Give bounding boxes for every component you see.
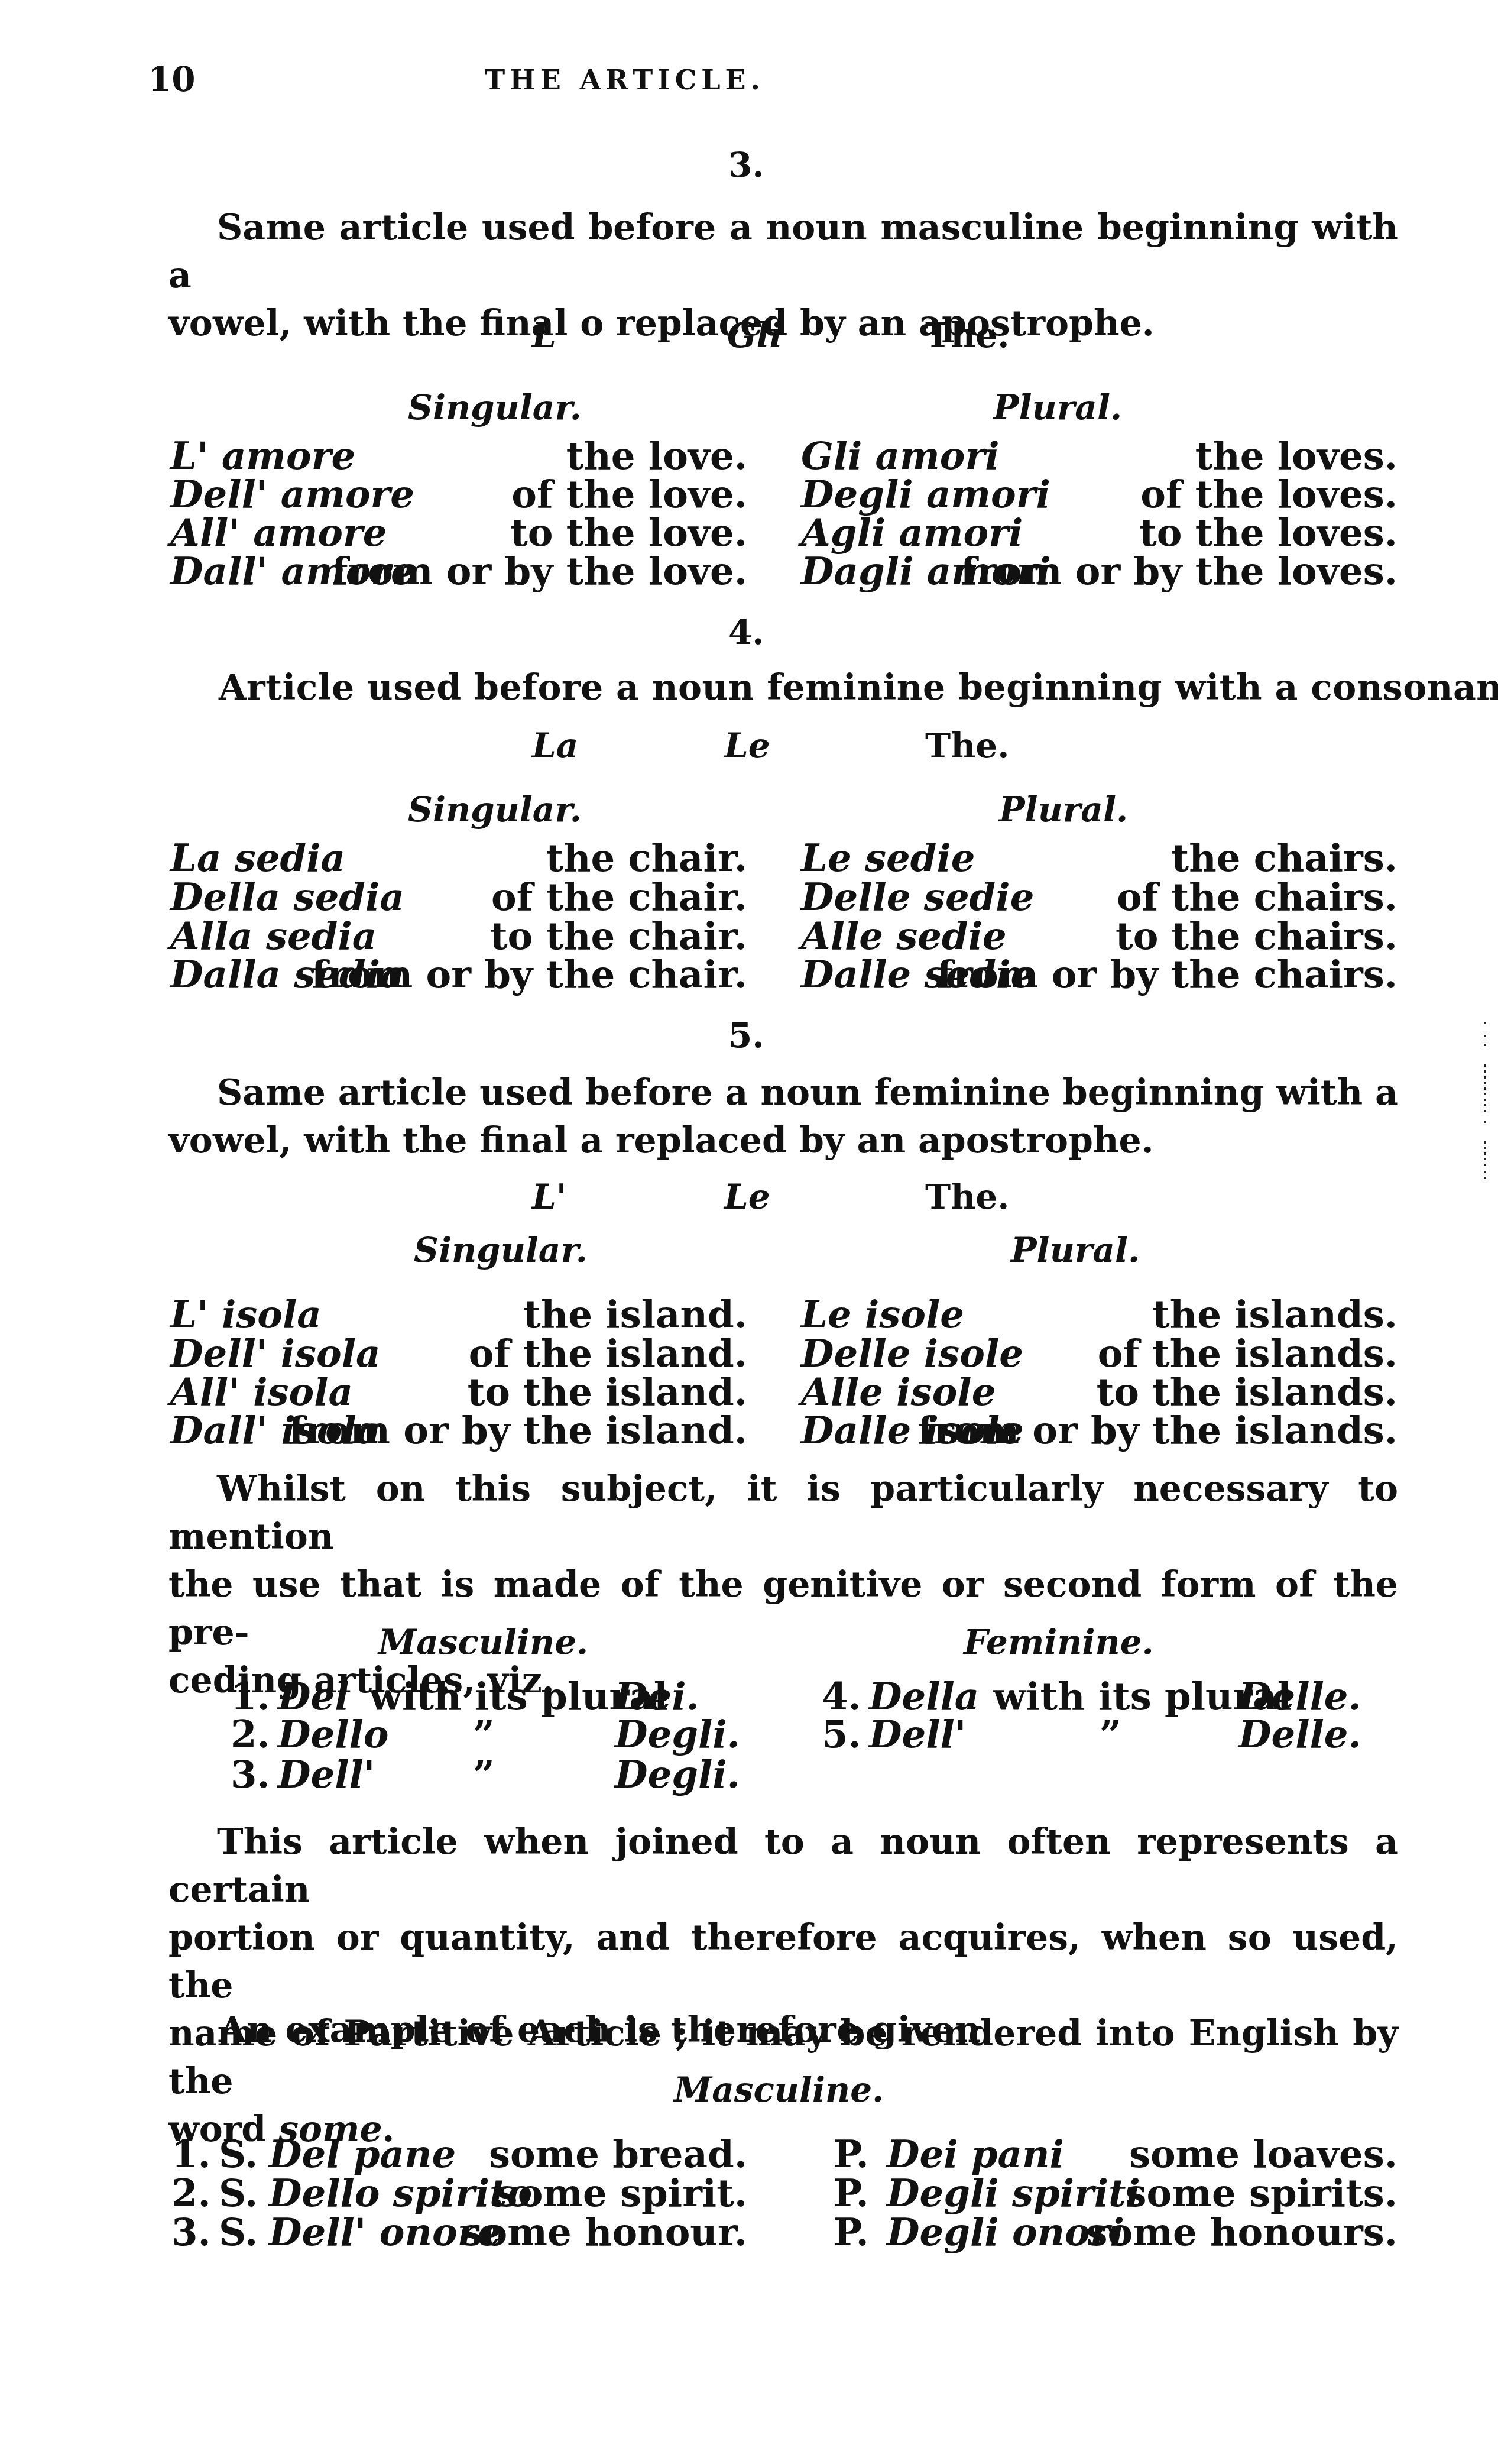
genitive-paragraph: Whilst on this subject, it is particular… — [168, 1465, 1398, 1705]
masculine-header: Masculine. — [378, 1625, 588, 1659]
feminine-header: Feminine. — [964, 1625, 1154, 1659]
paragraph-line: portion or quantity, and therefore acqui… — [168, 1914, 1398, 2010]
column-header-plural: Plural. — [1011, 1233, 1140, 1267]
article-singular: L' — [532, 318, 567, 352]
section-number-3: 3. — [728, 148, 764, 182]
table-row: Dall' isola from or by the island. Dalle… — [0, 1412, 1498, 1453]
article-english: The. — [925, 728, 1009, 763]
column-header-plural: Plural. — [999, 792, 1128, 827]
section-3-description: Same article used before a noun masculin… — [168, 204, 1398, 348]
example-intro: An example of each is therefore given. — [219, 2012, 994, 2048]
running-title: THE ARTICLE. — [485, 66, 765, 93]
column-header-singular: Singular. — [414, 1233, 588, 1267]
paragraph-line: vowel, with the final o replaced by an a… — [168, 300, 1398, 348]
table-row: Dalla sedia from or by the chair. Dalle … — [0, 956, 1498, 998]
table-row: Dall' amore from or by the love. Dagli a… — [0, 553, 1498, 594]
column-header-singular: Singular. — [408, 792, 582, 827]
table-row: 3. S. Dell' onore some honour. P. Degli … — [0, 2214, 1498, 2255]
section-5-description: Same article used before a noun feminine… — [168, 1069, 1398, 1165]
article-plural: Gli — [727, 318, 783, 352]
margin-scan-marks — [1484, 1017, 1486, 1194]
paragraph-line: vowel, with the final a replaced by an a… — [168, 1117, 1398, 1165]
section-4-description: Article used before a noun feminine begi… — [219, 670, 1498, 705]
article-english: The. — [925, 318, 1009, 352]
page-number: 10 — [148, 62, 196, 96]
column-header-singular: Singular. — [408, 390, 582, 425]
paragraph-line: This article when joined to a noun often… — [168, 1818, 1398, 1914]
list-item: 2. Dello ” Degli. 5. Dell' ” Delle. — [0, 1716, 1498, 1757]
paragraph-line: Whilst on this subject, it is particular… — [168, 1465, 1398, 1561]
section-number-5: 5. — [728, 1018, 764, 1053]
paragraph-line: the use that is made of the genitive or … — [168, 1561, 1398, 1657]
paragraph-line: Same article used before a noun feminine… — [168, 1069, 1398, 1117]
list-item: 3. Dell' ” Degli. — [0, 1756, 1498, 1798]
column-header-plural: Plural. — [993, 390, 1122, 425]
article-plural: Le — [724, 728, 770, 763]
article-singular: L' — [532, 1180, 567, 1214]
section-number-4: 4. — [728, 615, 764, 649]
article-english: The. — [925, 1180, 1009, 1214]
examples-header: Masculine. — [674, 2073, 884, 2107]
paragraph-line: Same article used before a noun masculin… — [168, 204, 1398, 300]
article-plural: Le — [724, 1180, 770, 1214]
book-page: 10 THE ARTICLE. 3. Same article used bef… — [0, 0, 1498, 2464]
article-singular: La — [532, 728, 578, 763]
